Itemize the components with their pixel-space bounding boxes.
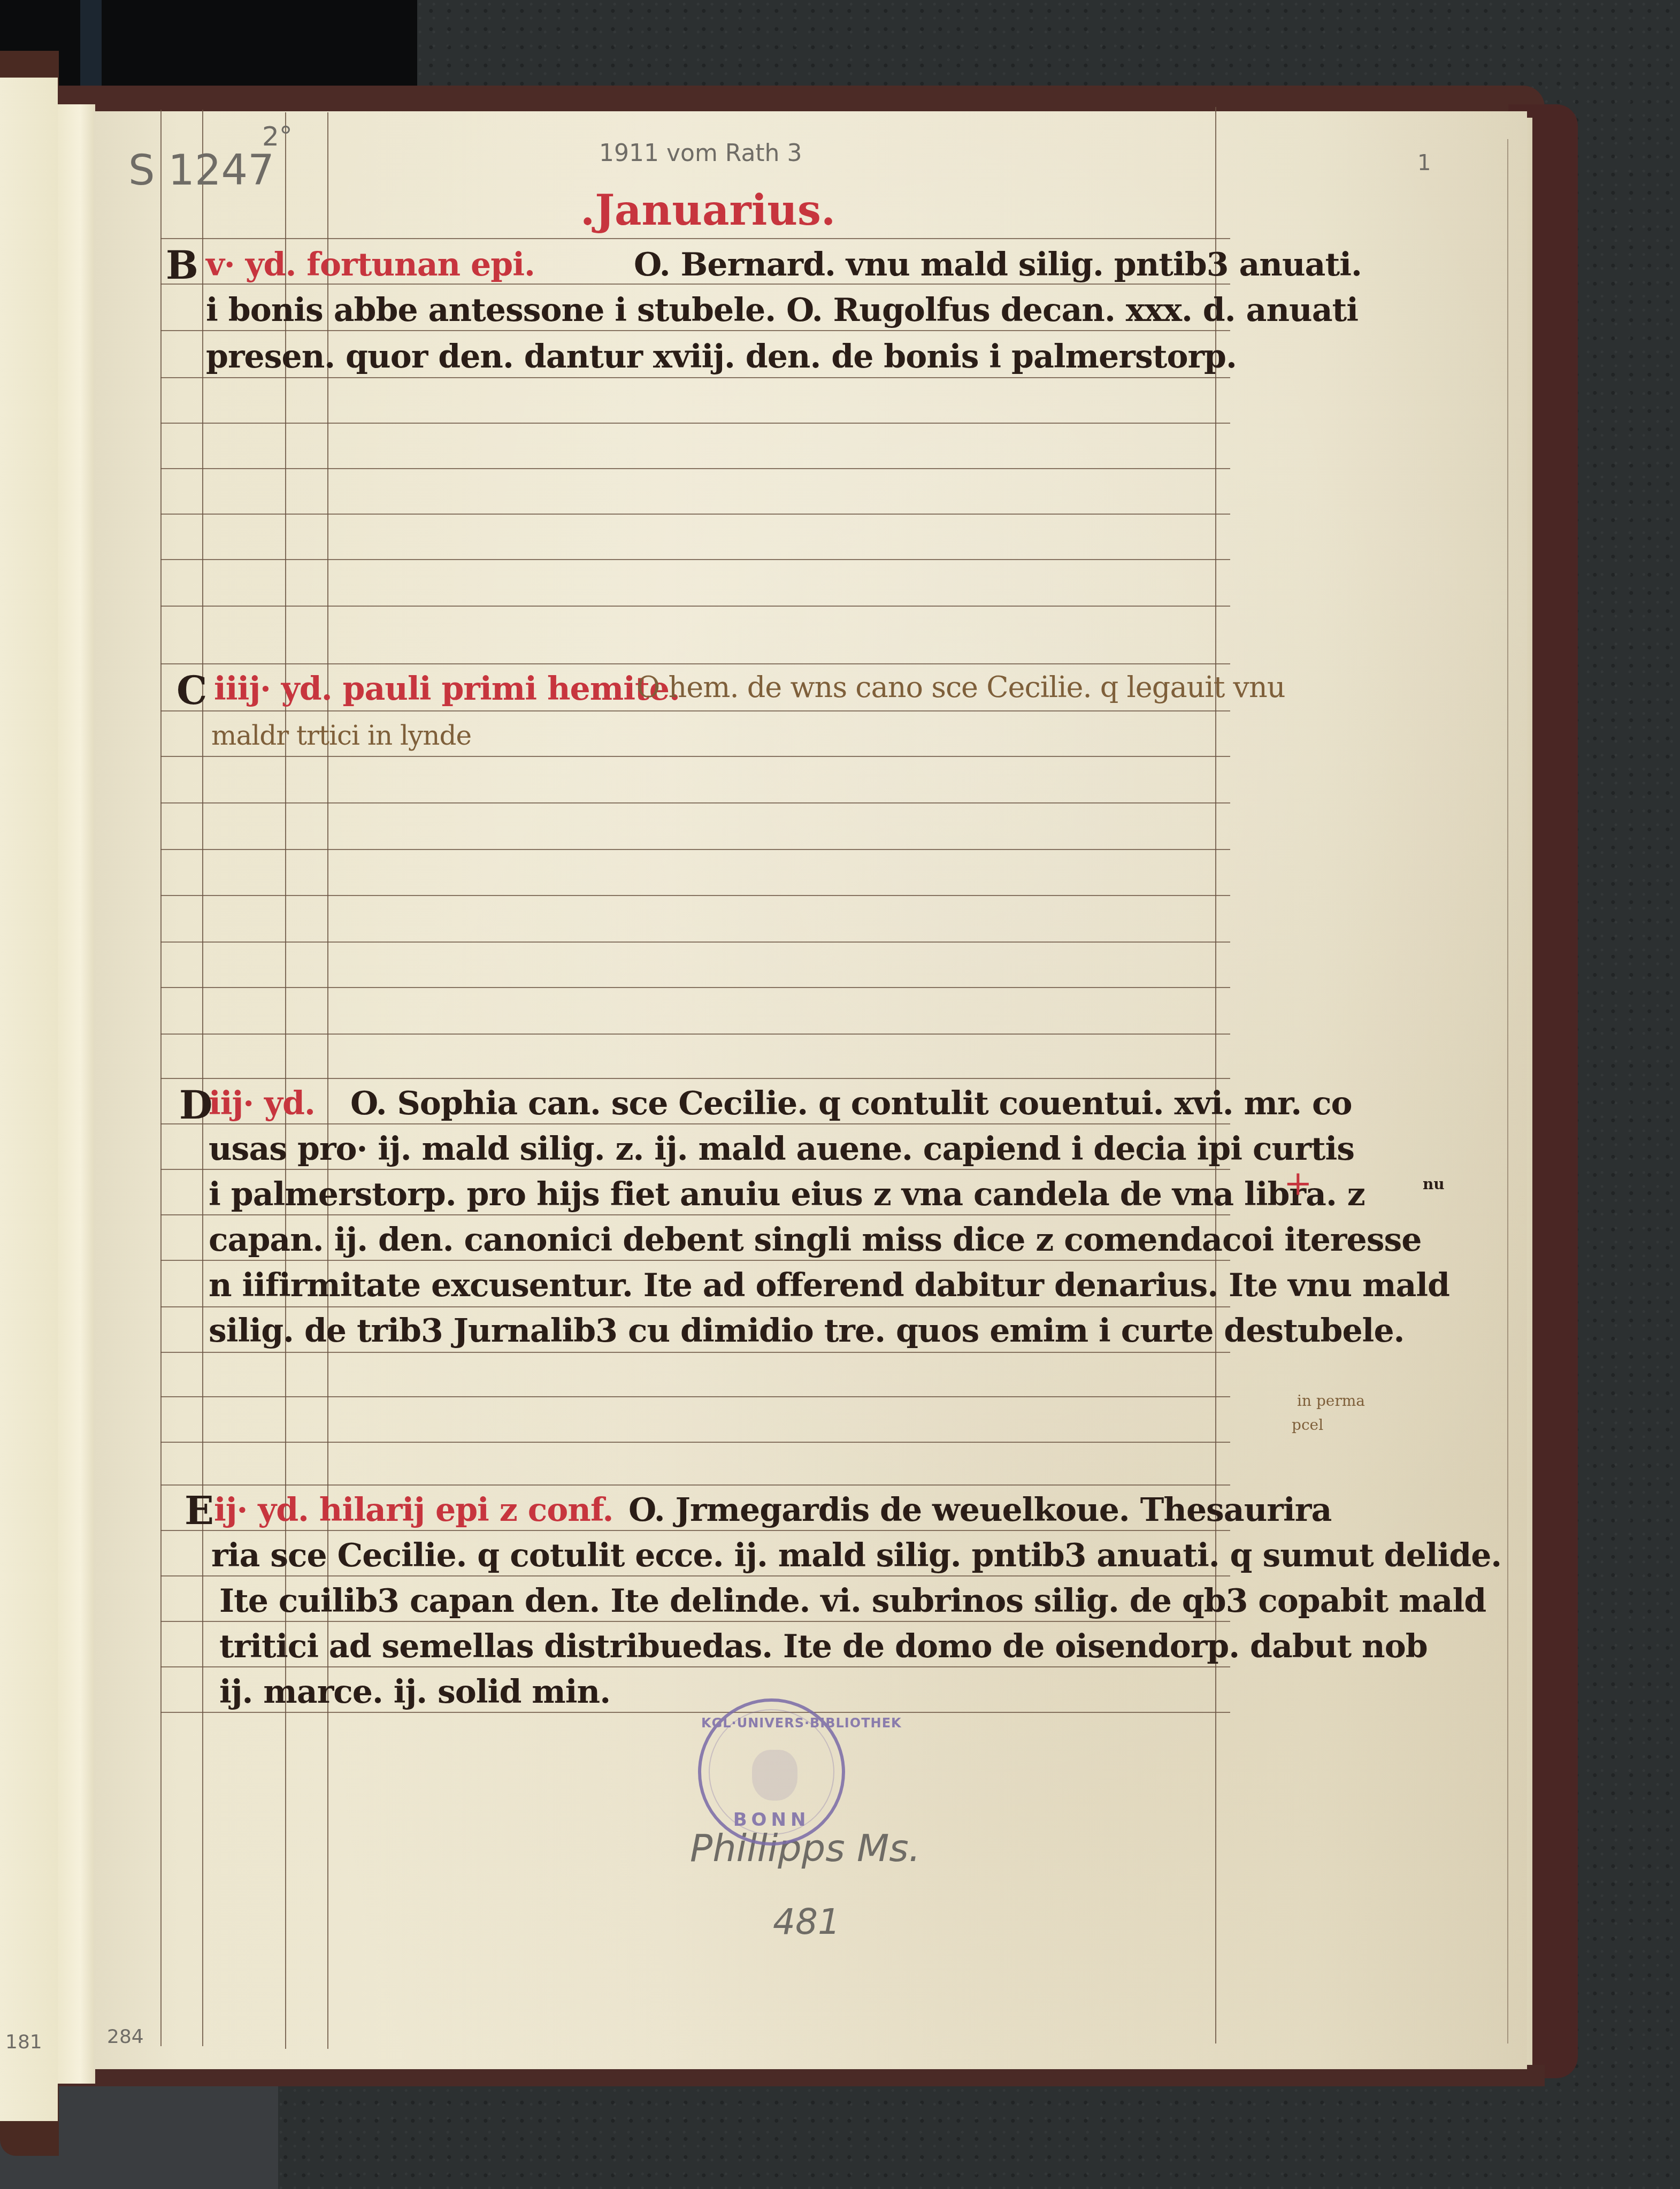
rubric-e: ij· yd. hilarij epi z conf. (214, 1494, 613, 1526)
ruling-horizontal (160, 987, 1230, 988)
ruling-horizontal (160, 1484, 1230, 1486)
acquisition-note: 1911 vom Rath 3 (599, 142, 802, 165)
phillipps-number: 481 (773, 1904, 840, 1940)
folio-number: 1 (1417, 152, 1431, 174)
ruling-horizontal (160, 377, 1230, 378)
entry-e-line: Ite cuilib3 capan den. Ite delinde. vi. … (219, 1585, 1486, 1617)
red-cross-mark: + (1284, 1166, 1313, 1200)
rubric-b: v· yd. fortunan epi. (206, 249, 535, 281)
flyleaf-note: 181 (5, 2033, 42, 2052)
background-shadow (0, 0, 417, 91)
ruling-horizontal (160, 1169, 1230, 1170)
ruling-horizontal (160, 606, 1230, 607)
ruling-horizontal (160, 756, 1230, 757)
ruling-horizontal (160, 1123, 1230, 1124)
entry-d-line: i palmerstorp. pro hijs fiet anuiu eius … (209, 1178, 1365, 1211)
library-stamp: KGL·UNIVERS·BIBLIOTHEK BONN (698, 1698, 845, 1846)
ruling-horizontal (160, 1260, 1230, 1261)
entry-b-line: O. Bernard. vnu mald silig. pntib3 anuat… (634, 249, 1362, 281)
dominical-letter-c: C (177, 671, 207, 710)
ruling-horizontal (160, 1306, 1230, 1307)
ruling-horizontal (160, 895, 1230, 896)
entry-e-line: ij. marce. ij. solid min. (219, 1676, 610, 1708)
format-note: 2° (262, 123, 293, 150)
entry-d-line: n iifirmitate excusentur. Ite ad offeren… (209, 1269, 1449, 1302)
eagle-emblem-icon (752, 1750, 797, 1801)
book-cover-top (58, 86, 1545, 112)
rubric-c: iiij· yd. pauli primi hemite. (214, 673, 680, 705)
dominical-letter-d: D (179, 1086, 212, 1124)
ruling-horizontal (160, 330, 1230, 331)
entry-b-line: i bonis abbe antessone i stubele. O. Rug… (206, 294, 1358, 326)
gutter (58, 104, 95, 2084)
ruling-horizontal (160, 942, 1230, 943)
ruling-horizontal (160, 514, 1230, 515)
flyleaf (0, 78, 58, 2121)
ruling-vertical (285, 112, 286, 2049)
ruling-vertical (1215, 107, 1216, 2043)
entry-e-line: tritici ad semellas distribuedas. Ite de… (219, 1631, 1428, 1663)
entry-b-line: presen. quor den. dantur xviij. den. de … (206, 341, 1237, 373)
ruling-horizontal (160, 1621, 1230, 1622)
ruling-horizontal (160, 1575, 1230, 1576)
ruling-horizontal (160, 1078, 1230, 1079)
ruling-horizontal (160, 1712, 1230, 1713)
ruling-horizontal (160, 802, 1230, 803)
ruling-horizontal (160, 1034, 1230, 1035)
shelfmark-note: S 1247 (128, 150, 274, 192)
entry-c-line: maldr trtici in lynde (211, 722, 471, 749)
ruling-horizontal (160, 1442, 1230, 1443)
ruling-horizontal (160, 468, 1230, 469)
ruling-horizontal (160, 1396, 1230, 1397)
entry-d-line: usas pro· ij. mald silig. z. ij. mald au… (209, 1133, 1354, 1165)
entry-d-line: silig. de trib3 Jurnalib3 cu dimidio tre… (209, 1315, 1404, 1347)
stamp-text-top: KGL·UNIVERS·BIBLIOTHEK (701, 1716, 842, 1731)
ruling-horizontal (160, 559, 1230, 560)
ruling-vertical (1507, 139, 1508, 2043)
margin-note-lower: in perma (1297, 1394, 1365, 1409)
entry-e-line: O. Jrmegardis de weuelkoue. Thesaurira (628, 1494, 1331, 1526)
ruling-horizontal (160, 1214, 1230, 1215)
margin-note-lower-2: pcel (1292, 1418, 1323, 1433)
ruling-horizontal (160, 423, 1230, 424)
dominical-letter-e: E (185, 1491, 214, 1530)
pencil-note-bottom-left: 284 (107, 2027, 144, 2047)
ruling-horizontal (160, 1666, 1230, 1667)
rubric-d: iij· yd. (209, 1088, 315, 1120)
entry-c-line: O hem. de wns cano sce Cecilie. q legaui… (636, 673, 1285, 702)
entry-d-line: capan. ij. den. canonici debent singli m… (209, 1224, 1421, 1256)
dominical-letter-b: B (166, 246, 198, 285)
entry-d-line: O. Sophia can. sce Cecilie. q contulit c… (350, 1088, 1352, 1120)
ruling-horizontal (160, 663, 1230, 664)
ruling-horizontal (160, 238, 1230, 239)
ruling-vertical (327, 112, 328, 2049)
margin-note-right: nu (1423, 1177, 1445, 1192)
background-strip (80, 0, 102, 91)
stamp-text-bottom: BONN (701, 1809, 842, 1831)
ruling-horizontal (160, 284, 1230, 285)
ruling-horizontal (160, 710, 1230, 711)
ruling-horizontal (160, 849, 1230, 850)
ruling-horizontal (160, 1530, 1230, 1531)
entry-e-line: ria sce Cecilie. q cotulit ecce. ij. mal… (211, 1540, 1501, 1572)
ruling-horizontal (160, 1352, 1230, 1353)
month-heading: .Januarius. (580, 190, 835, 232)
